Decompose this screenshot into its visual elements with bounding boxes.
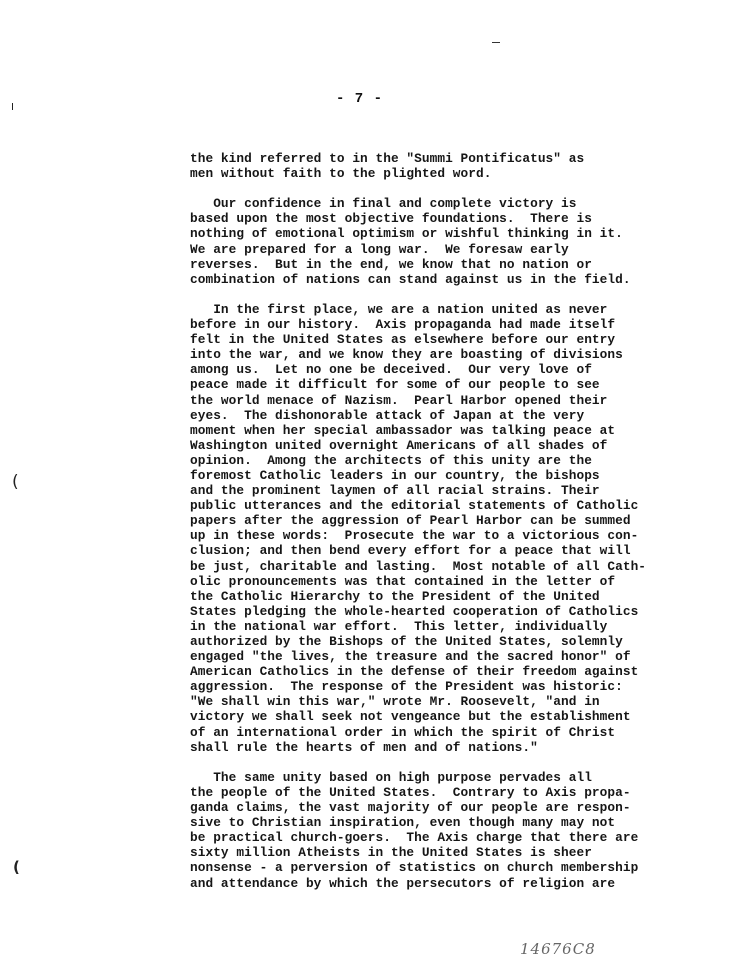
text-line: reverses. But in the end, we know that n… — [190, 257, 730, 272]
margin-paren-mark: ( — [12, 474, 19, 491]
text-line: nonsense - a perversion of statistics on… — [190, 860, 730, 875]
paragraph: the kind referred to in the "Summi Ponti… — [190, 151, 730, 181]
text-line: olic pronouncements was that contained i… — [190, 574, 730, 589]
margin-tick-mark — [12, 103, 13, 110]
text-line: American Catholics in the defense of the… — [190, 664, 730, 679]
text-line: In the first place, we are a nation unit… — [190, 302, 730, 317]
text-line: "We shall win this war," wrote Mr. Roose… — [190, 694, 730, 709]
text-line: before in our history. Axis propaganda h… — [190, 317, 730, 332]
text-line: based upon the most objective foundation… — [190, 211, 730, 226]
text-line: clusion; and then bend every effort for … — [190, 543, 730, 558]
text-line: aggression. The response of the Presiden… — [190, 679, 730, 694]
text-line: Washington united overnight Americans of… — [190, 438, 730, 453]
text-line: the Catholic Hierarchy to the President … — [190, 589, 730, 604]
text-line: felt in the United States as elsewhere b… — [190, 332, 730, 347]
text-line: in the national war effort. This letter,… — [190, 619, 730, 634]
text-line: of an international order in which the s… — [190, 725, 730, 740]
text-line: peace made it difficult for some of our … — [190, 377, 730, 392]
text-line: engaged "the lives, the treasure and the… — [190, 649, 730, 664]
text-line: combination of nations can stand against… — [190, 272, 730, 287]
text-line: the kind referred to in the "Summi Ponti… — [190, 151, 730, 166]
text-line: be practical church-goers. The Axis char… — [190, 830, 730, 845]
text-line: eyes. The dishonorable attack of Japan a… — [190, 408, 730, 423]
text-line: papers after the aggression of Pearl Har… — [190, 513, 730, 528]
text-line: The same unity based on high purpose per… — [190, 770, 730, 785]
paragraph-gap — [190, 181, 730, 196]
text-line: victory we shall seek not vengeance but … — [190, 709, 730, 724]
paragraph: The same unity based on high purpose per… — [190, 770, 730, 891]
text-line: Our confidence in final and complete vic… — [190, 196, 730, 211]
text-line: moment when her special ambassador was t… — [190, 423, 730, 438]
text-line: the world menace of Nazism. Pearl Harbor… — [190, 393, 730, 408]
text-line: ganda claims, the vast majority of our p… — [190, 800, 730, 815]
text-line: the people of the United States. Contrar… — [190, 785, 730, 800]
text-line: and the prominent laymen of all racial s… — [190, 483, 730, 498]
text-line: public utterances and the editorial stat… — [190, 498, 730, 513]
text-line: authorized by the Bishops of the United … — [190, 634, 730, 649]
paragraph-gap — [190, 755, 730, 770]
text-line: be just, charitable and lasting. Most no… — [190, 559, 730, 574]
text-line: opinion. Among the architects of this un… — [190, 453, 730, 468]
margin-paren-mark: ( — [13, 860, 20, 875]
text-line: up in these words: Prosecute the war to … — [190, 528, 730, 543]
document-body: the kind referred to in the "Summi Ponti… — [190, 151, 730, 891]
text-line: sive to Christian inspiration, even thou… — [190, 815, 730, 830]
text-line: foremost Catholic leaders in our country… — [190, 468, 730, 483]
text-line: into the war, and we know they are boast… — [190, 347, 730, 362]
text-line: We are prepared for a long war. We fores… — [190, 242, 730, 257]
text-line: among us. Let no one be deceived. Our ve… — [190, 362, 730, 377]
paragraph: In the first place, we are a nation unit… — [190, 302, 730, 755]
paragraph-gap — [190, 287, 730, 302]
paragraph: Our confidence in final and complete vic… — [190, 196, 730, 287]
text-line: sixty million Atheists in the United Sta… — [190, 845, 730, 860]
document-page: ( ( - 7 - the kind referred to in the "S… — [0, 0, 750, 972]
text-line: shall rule the hearts of men and of nati… — [190, 740, 730, 755]
text-line: nothing of emotional optimism or wishful… — [190, 226, 730, 241]
text-line: States pledging the whole-hearted cooper… — [190, 604, 730, 619]
scan-mark — [492, 42, 500, 43]
page-number: - 7 - — [336, 91, 383, 107]
text-line: and attendance by which the persecutors … — [190, 876, 730, 891]
handwritten-archive-number: 14676C8 — [520, 940, 596, 958]
text-line: men without faith to the plighted word. — [190, 166, 730, 181]
